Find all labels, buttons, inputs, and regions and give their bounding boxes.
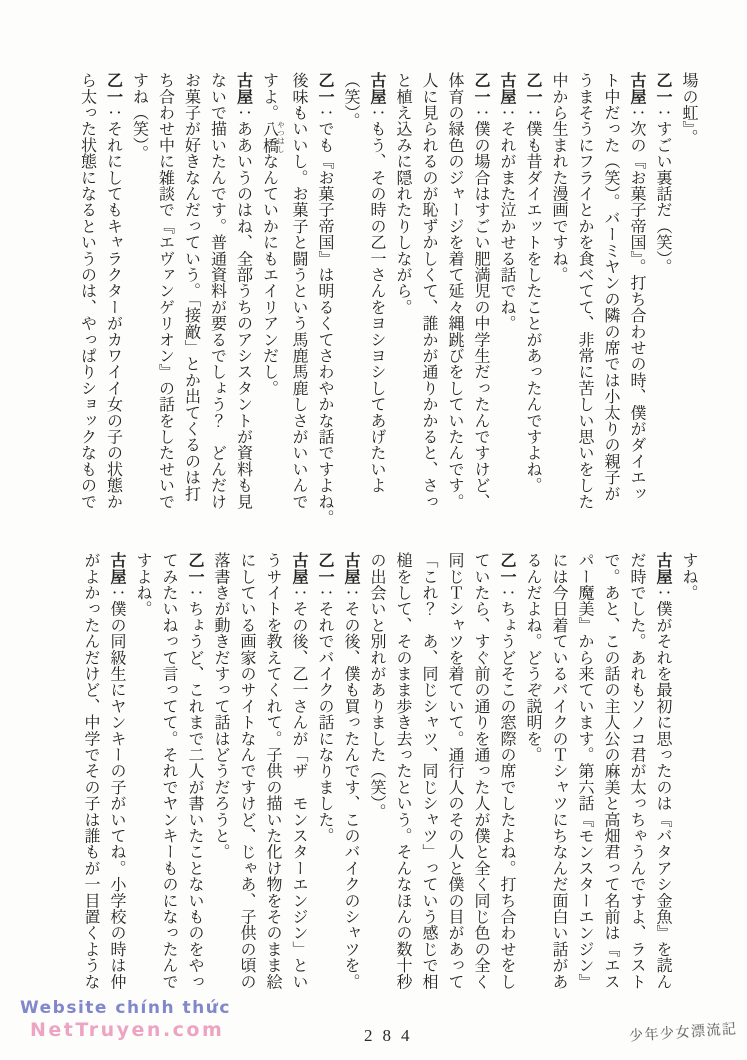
text-column: 場の虹』。 (675, 72, 701, 530)
speaker-name: 古屋 (628, 72, 645, 104)
text-column: うまそうにフライとかを食べてて、非常に苦しい思いをした (571, 72, 597, 530)
speaker-name: 古屋 (368, 72, 385, 104)
scanned-book-page: 場の虹』。乙一：すごい裏話だ（笑）。古屋：次の『お菓子帝国』。打ち合わせの時、僕… (0, 0, 747, 1060)
text-column: 古屋：もう、その時の乙一さんをヨシヨシしてあげたいよ (363, 72, 389, 530)
speaker-name: 乙一 (316, 552, 333, 584)
text-column: 古屋：次の『お菓子帝国』。打ち合わせの時、僕がダイエッ (623, 72, 649, 530)
speaker-name: 乙一 (105, 72, 122, 104)
watermark: Website chính thức NetTruyen.com (20, 999, 231, 1041)
speaker-name: 乙一 (498, 552, 515, 584)
text-column: 乙一：ちょうどそこの窓際の席でしたよね。打ち合わせをし (493, 552, 519, 1010)
speaker-name: 乙一 (654, 72, 671, 104)
text-column: 古屋：僕の同級生にヤンキーの子がいてね。小学校の時は仲 (103, 552, 129, 1010)
text-column: で。あと、この話の主人公の麻美と高畑君って名前は『エス (597, 552, 623, 1010)
speaker-name: 古屋 (235, 72, 252, 104)
text-column: お菓子が好きなんだっていう。「接敵」とか出てくるのは打 (178, 72, 204, 530)
text-column: がよかったんだけど、中学でその子は誰もが一目置くような (77, 552, 103, 1010)
text-column: 中から生まれた漫画ですね。 (545, 72, 571, 530)
text-column: 乙一：僕も昔ダイエットをしたことがあったんですよね。 (519, 72, 545, 530)
interview-text-bottom-half: すね。古屋：僕がそれを最初に思ったのは『バタアシ金魚』を読んだ時でした。あれもソ… (77, 552, 701, 1010)
text-column: すよ。八橋やつはしなんていかにもエイリアンだし。 (256, 72, 286, 530)
text-column: 乙一：僕の場合はすごい肥満児の中学生だったんですけど、 (467, 72, 493, 530)
speaker-name: 乙一 (186, 552, 203, 584)
watermark-site-label: Website chính thức (20, 999, 231, 1018)
text-column: 後味もいいし。お菓子と闘うという馬鹿馬鹿しさがいいんで (285, 72, 311, 530)
text-column: ら太った状態になるというのは、やっぱりショックなもので (74, 72, 100, 530)
text-column: だ時でした。あれもソノコ君が太っちゃうんですよ、ラスト (623, 552, 649, 1010)
text-column: 古屋：僕がそれを最初に思ったのは『バタアシ金魚』を読ん (649, 552, 675, 1010)
speaker-name: 古屋 (342, 552, 359, 584)
text-column: パー魔美』から来ています。第六話『モンスターエンジン』 (571, 552, 597, 1010)
text-column: と植え込みに隠れたりしながら。 (389, 72, 415, 530)
text-column: 人に見られるのが恥ずかしくて、誰かが通りかかると、さっ (415, 72, 441, 530)
page-number: 284 (364, 1026, 420, 1046)
speaker-name: 古屋 (498, 72, 515, 104)
interview-text-top-half: 場の虹』。乙一：すごい裏話だ（笑）。古屋：次の『お菓子帝国』。打ち合わせの時、僕… (74, 72, 702, 530)
text-column: ト中だった（笑）。バーミヤンの隣の席では小太りの親子が (597, 72, 623, 530)
text-column: 乙一：すごい裏話だ（笑）。 (649, 72, 675, 530)
speaker-name: 乙一 (524, 72, 541, 104)
text-column: てみたいねって言ってて。それでヤンキーものになったんで (155, 552, 181, 1010)
text-column: るんだよね。どうぞ説明を。 (519, 552, 545, 1010)
speaker-name: 古屋 (654, 552, 671, 584)
text-column: 乙一：でも『お菓子帝国』は明るくてさわやかな話ですよね。 (311, 72, 337, 530)
text-column: 古屋：その後、乙一さんが「ザ モンスターエンジン」とい (285, 552, 311, 1010)
text-column: すよね。 (129, 552, 155, 1010)
text-column: 乙一：それでバイクの話になりました。 (311, 552, 337, 1010)
ruby-annotated-word: 八橋やつはし (261, 121, 278, 153)
text-column: 落書きが動きだすって話はどうだろうと。 (207, 552, 233, 1010)
text-column: 古屋：ああいうのはね、全部うちのアシスタントが資料も見 (230, 72, 256, 530)
text-column: うサイトを教えてくれて。子供の描いた化け物をそのまま絵 (259, 552, 285, 1010)
text-column: の出会いと別れがありました（笑）。 (363, 552, 389, 1010)
text-column: 同じＴシャツを着ていて。通行人のその人と僕の目があって (441, 552, 467, 1010)
text-column: にしている画家のサイトなんですけど、じゃあ、子供の頃の (233, 552, 259, 1010)
text-column: ていたら、すぐ前の通りを通った人が僕と全く同じ色の全く (467, 552, 493, 1010)
speaker-name: 古屋 (290, 552, 307, 584)
text-column: 体育の緑色のジャージを着て延々縄跳びをしていたんです。 (441, 72, 467, 530)
text-column: 「これ？ あ、同じシャツ、同じシャツ」っていう感じで相 (415, 552, 441, 1010)
text-column: すね（笑）。 (126, 72, 152, 530)
text-column: 槌をして、そのまま歩き去ったという。そんなほんの数十秒 (389, 552, 415, 1010)
running-title: 少年少女漂流記 (628, 1018, 738, 1046)
speaker-name: 乙一 (472, 72, 489, 104)
text-column: （笑）。 (337, 72, 363, 530)
text-column: すね。 (675, 552, 701, 1010)
text-column: ち合わせ中に雑談で『エヴァンゲリオン』の話をしたせいで (152, 72, 178, 530)
text-column: 乙一：それにしてもキャラクターがカワイイ女の子の状態か (100, 72, 126, 530)
text-column: 古屋：その後、僕も買ったんです、このバイクのシャツを。 (337, 552, 363, 1010)
watermark-site-url: NetTruyen.com (30, 1020, 231, 1041)
text-column: 古屋：それがまた泣かせる話でね。 (493, 72, 519, 530)
text-column: には今日着ているバイクのＴシャツにちなんだ面白い話があ (545, 552, 571, 1010)
text-column: 乙一：ちょうど、これまで二人が書いたことないものをやっ (181, 552, 207, 1010)
speaker-name: 古屋 (108, 552, 125, 584)
text-column: ないで描いたんです。普通資料が要るでしょう？ どんだけ (204, 72, 230, 530)
speaker-name: 乙一 (316, 72, 333, 104)
